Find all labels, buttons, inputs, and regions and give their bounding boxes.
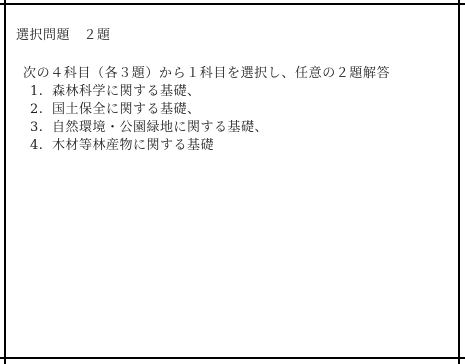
item-text: 国土保全に関する基礎、 (52, 101, 201, 119)
table-cell: 選択問題 ２題 次の４科目（各３題）から１科目を選択し、任意の２題解答 1. 森… (6, 5, 458, 357)
item-number: 3. (30, 119, 52, 137)
table-border-bottom (0, 357, 465, 359)
list-item: 1. 森林科学に関する基礎、 (30, 83, 268, 101)
item-number: 1. (30, 83, 52, 101)
subject-list: 1. 森林科学に関する基礎、 2. 国土保全に関する基礎、 3. 自然環境・公園… (30, 83, 268, 155)
table-border-right (458, 0, 460, 364)
list-item: 4. 木材等林産物に関する基礎 (30, 137, 268, 155)
instructions-text: 次の４科目（各３題）から１科目を選択し、任意の２題解答 (23, 65, 390, 83)
section-title: 選択問題 ２題 (16, 27, 111, 45)
item-number: 2. (30, 101, 52, 119)
item-number: 4. (30, 137, 52, 155)
list-item: 3. 自然環境・公園緑地に関する基礎、 (30, 119, 268, 137)
item-text: 森林科学に関する基礎、 (52, 83, 201, 101)
item-text: 自然環境・公園緑地に関する基礎、 (52, 119, 268, 137)
item-text: 木材等林産物に関する基礎 (52, 137, 214, 155)
list-item: 2. 国土保全に関する基礎、 (30, 101, 268, 119)
